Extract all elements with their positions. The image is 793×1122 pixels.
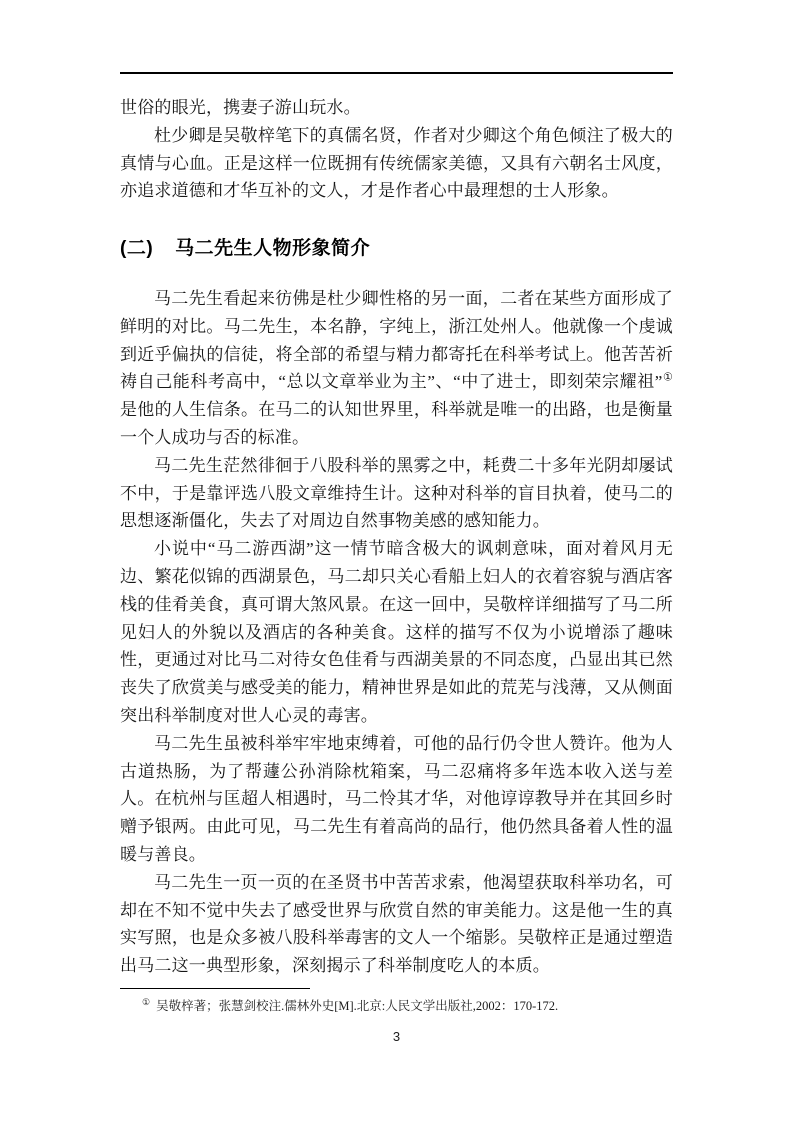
footnote-separator [120,988,310,989]
header-rule [120,72,673,74]
paragraph-ma2-intro: 马二先生看起来彷佛是杜少卿性格的另一面，二者在某些方面形成了鲜明的对比。马二先生… [120,285,673,452]
paragraph-text-before-ref: 马二先生看起来彷佛是杜少卿性格的另一面，二者在某些方面形成了鲜明的对比。马二先生… [120,289,673,391]
continuation-paragraph: 世俗的眼光，携妻子游山玩水。 [120,94,673,122]
page-number: 3 [0,1029,793,1044]
paragraph: 马二先生虽被科举牢牢地束缚着，可他的品行仍令世人赞许。他为人古道热肠，为了帮蘧公… [120,730,673,869]
document-page: 世俗的眼光，携妻子游山玩水。 杜少卿是吴敬梓笔下的真儒名贤，作者对少卿这个角色倾… [0,0,793,1122]
paragraph: 马二先生一页一页的在圣贤书中苦苦求索，他渴望获取科举功名，可却在不知不觉中失去了… [120,869,673,980]
footnote-body: ①吴敬梓著；张慧剑校注.儒林外史[M].北京:人民文学出版社,2002：170-… [120,997,673,1015]
section-heading: (二)马二先生人物形象简介 [120,235,673,263]
intro-paragraph: 杜少卿是吴敬梓笔下的真儒名贤，作者对少卿这个角色倾注了极大的真情与心血。正是这样… [120,122,673,205]
paragraph-text-after-ref: 是他的人生信条。在马二的认知世界里，科举就是唯一的出路，也是衡量一个人成功与否的… [120,400,673,447]
paragraph: 小说中“马二游西湖”这一情节暗含极大的讽刺意味，面对着风月无边、繁花似锦的西湖景… [120,535,673,730]
footnote-marker: ① [142,997,150,1007]
footnote-reference-mark: ① [663,372,673,384]
body-text: 世俗的眼光，携妻子游山玩水。 杜少卿是吴敬梓笔下的真儒名贤，作者对少卿这个角色倾… [120,94,673,980]
section-number: (二) [120,238,153,259]
section-title: 马二先生人物形象简介 [175,238,370,259]
paragraph: 马二先生茫然徘徊于八股科举的黑雾之中，耗费二十多年光阴却屡试不中，于是靠评选八股… [120,452,673,535]
footnote-text: 吴敬梓著；张慧剑校注.儒林外史[M].北京:人民文学出版社,2002：170-1… [156,999,558,1013]
footnote: ①吴敬梓著；张慧剑校注.儒林外史[M].北京:人民文学出版社,2002：170-… [120,997,673,1015]
